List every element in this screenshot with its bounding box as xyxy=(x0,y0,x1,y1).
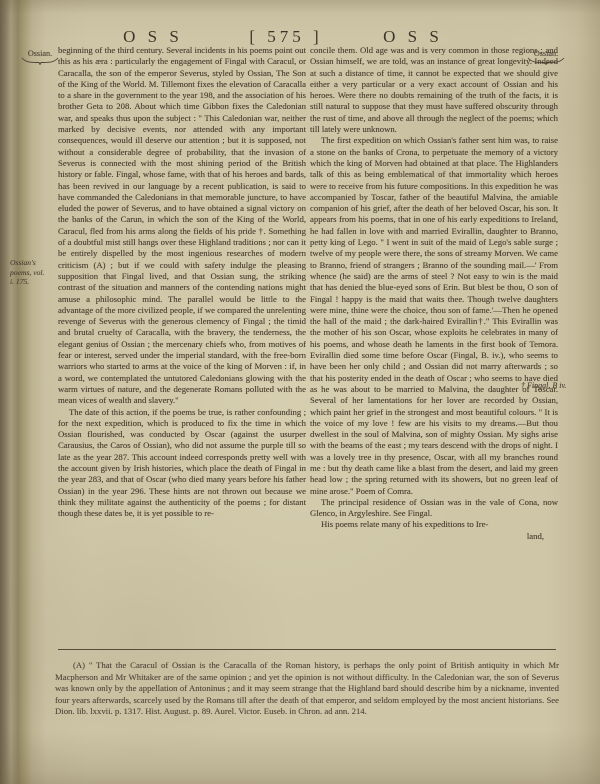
margin-note-label: Ossian. xyxy=(28,49,52,58)
running-head-right: O S S xyxy=(383,27,443,47)
brace-flourish-icon xyxy=(21,57,59,65)
footnote-text: (A) " That the Caracul of Ossian is the … xyxy=(55,660,559,718)
paragraph: His poems relate many of his expeditions… xyxy=(310,519,558,530)
text-column-right: concile them. Old age was and is very co… xyxy=(310,45,558,646)
paragraph: The principal residence of Ossian was in… xyxy=(310,497,558,520)
text-column-left: beginning of the third century. Several … xyxy=(58,45,306,646)
margin-note-article-left: Ossian. xyxy=(19,49,61,65)
page-number: [ 575 ] xyxy=(249,27,322,47)
footnote-divider xyxy=(58,649,556,650)
footnote-section: (A) " That the Caracul of Ossian is the … xyxy=(55,660,559,718)
paragraph: concile them. Old age was and is very co… xyxy=(310,45,558,135)
catchword: land, xyxy=(310,531,558,542)
paragraph: The first expedition on which Ossian's f… xyxy=(310,135,558,497)
paragraph: beginning of the third century. Several … xyxy=(58,45,306,407)
margin-citation-ossians-poems: Ossian's poems, vol. i. 175. xyxy=(10,258,47,287)
book-page-scan: O S S [ 575 ] O S S Ossian. Ossian. Ossi… xyxy=(0,0,600,784)
paragraph: The date of this action, if the poems be… xyxy=(58,407,306,520)
running-head-left: O S S xyxy=(123,27,183,47)
